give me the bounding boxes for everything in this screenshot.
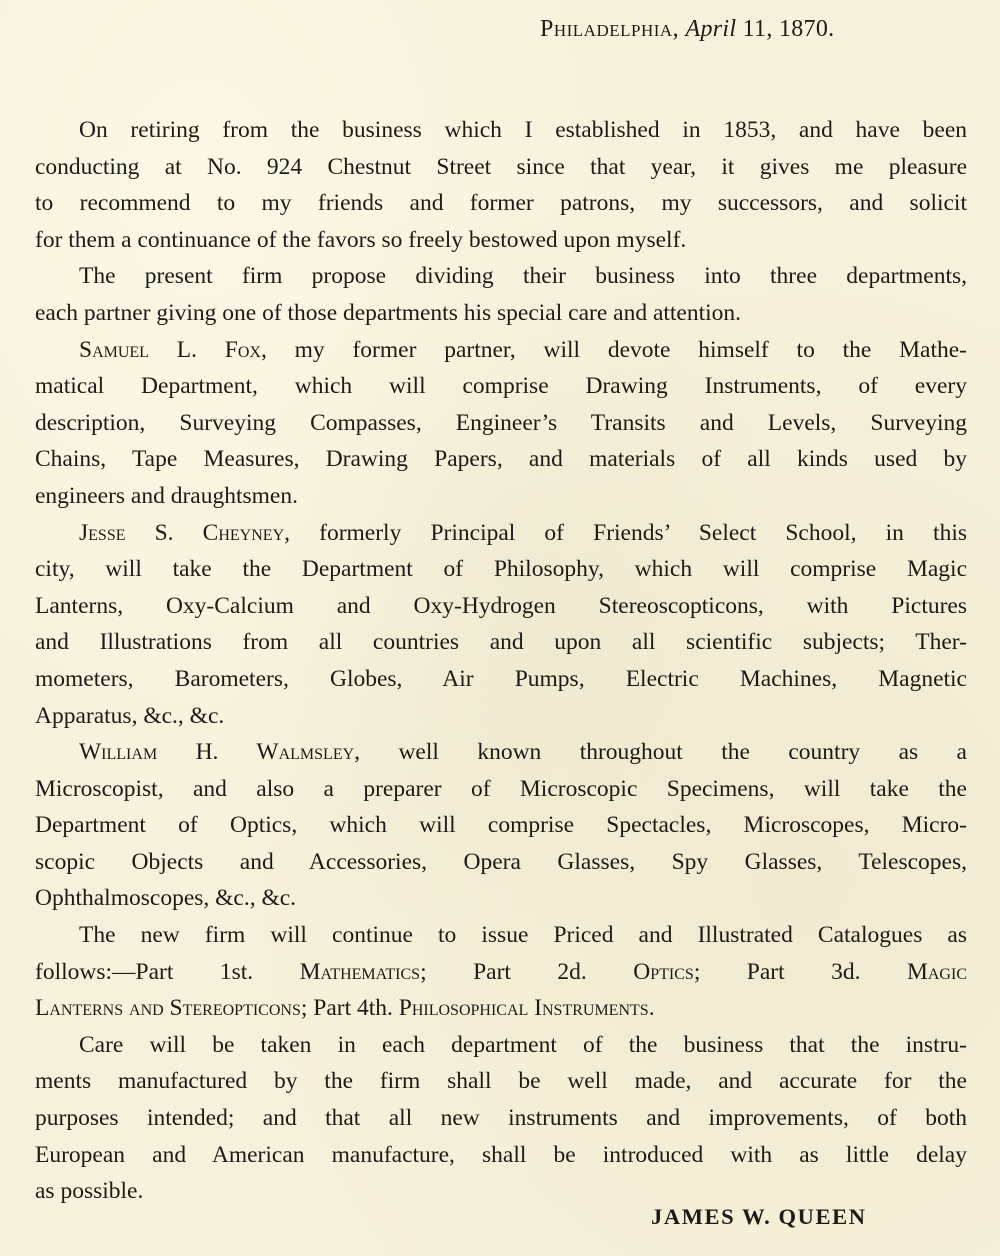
signature: JAMES W. QUEEN <box>651 1204 867 1230</box>
text-line: conducting at No. 924 Chestnut Street si… <box>35 149 967 186</box>
text-line: Samuel L. Fox, my former partner, will d… <box>35 332 967 369</box>
paragraph-care: Care will be taken in each department of… <box>35 1027 967 1210</box>
letter-body: On retiring from the business which I es… <box>35 112 967 1210</box>
dateline-city: Philadelphia, <box>540 16 679 42</box>
text-line: Care will be taken in each department of… <box>35 1027 967 1064</box>
text-line: scopic Objects and Accessories, Opera Gl… <box>35 844 967 881</box>
catalogue-part-philosophical: Philosophical Instruments <box>399 995 649 1021</box>
text-line: Ophthalmoscopes, &c., &c. <box>35 880 967 917</box>
text-line: description, Surveying Compasses, Engine… <box>35 405 967 442</box>
text-line: follows:—Part 1st. Mathematics; Part 2d.… <box>35 954 967 991</box>
text-line: Lanterns, Oxy-Calcium and Oxy-Hydrogen S… <box>35 588 967 625</box>
paragraph-departments: The present firm propose dividing their … <box>35 258 967 331</box>
paragraph-walmsley: William H. Walmsley, well known througho… <box>35 734 967 917</box>
text-line: purposes intended; and that all new inst… <box>35 1100 967 1137</box>
paragraph-intro: On retiring from the business which I es… <box>35 112 967 258</box>
text-line: mometers, Barometers, Globes, Air Pumps,… <box>35 661 967 698</box>
person-name-cheyney: Jesse S. Cheyney <box>79 520 284 546</box>
dateline-month: April <box>685 16 736 42</box>
text-line: Department of Optics, which will compris… <box>35 807 967 844</box>
text-line: for them a continuance of the favors so … <box>35 222 967 259</box>
person-name-fox: Samuel L. Fox <box>79 337 261 363</box>
text-line: engineers and draughtsmen. <box>35 478 967 515</box>
text-line: European and American manufacture, shall… <box>35 1137 967 1174</box>
text-line: Chains, Tape Measures, Drawing Papers, a… <box>35 441 967 478</box>
letter-page: Philadelphia, April 11, 1870. On retirin… <box>0 0 1000 1256</box>
text-line: and Illustrations from all countries and… <box>35 624 967 661</box>
text-line: Jesse S. Cheyney, formerly Principal of … <box>35 515 967 552</box>
catalogue-part-magic: Magic <box>907 959 967 985</box>
text-line: matical Department, which will comprise … <box>35 368 967 405</box>
text-line: ments manufactured by the firm shall be … <box>35 1063 967 1100</box>
paragraph-catalogues: The new firm will continue to issue Pric… <box>35 917 967 1027</box>
text-line: Microscopist, and also a preparer of Mic… <box>35 771 967 808</box>
catalogue-part-mathematics: Mathematics <box>300 959 420 985</box>
person-name-walmsley: William H. Walmsley <box>79 739 354 765</box>
text-line: Apparatus, &c., &c. <box>35 698 967 735</box>
catalogue-part-lanterns: Lanterns and Stereopticons <box>35 995 301 1021</box>
text-line: The present firm propose dividing their … <box>35 258 967 295</box>
text-line: William H. Walmsley, well known througho… <box>35 734 967 771</box>
catalogue-part-optics: Optics <box>633 959 694 985</box>
dateline-date: 11, 1870. <box>743 16 835 42</box>
text-line: to recommend to my friends and former pa… <box>35 185 967 222</box>
text-line: The new firm will continue to issue Pric… <box>35 917 967 954</box>
text-line: Lanterns and Stereopticons; Part 4th. Ph… <box>35 990 967 1027</box>
text-line: On retiring from the business which I es… <box>35 112 967 149</box>
dateline: Philadelphia, April 11, 1870. <box>540 16 834 43</box>
paragraph-fox: Samuel L. Fox, my former partner, will d… <box>35 332 967 515</box>
text-line: city, will take the Department of Philos… <box>35 551 967 588</box>
text-line: each partner giving one of those departm… <box>35 295 967 332</box>
paragraph-cheyney: Jesse S. Cheyney, formerly Principal of … <box>35 515 967 735</box>
